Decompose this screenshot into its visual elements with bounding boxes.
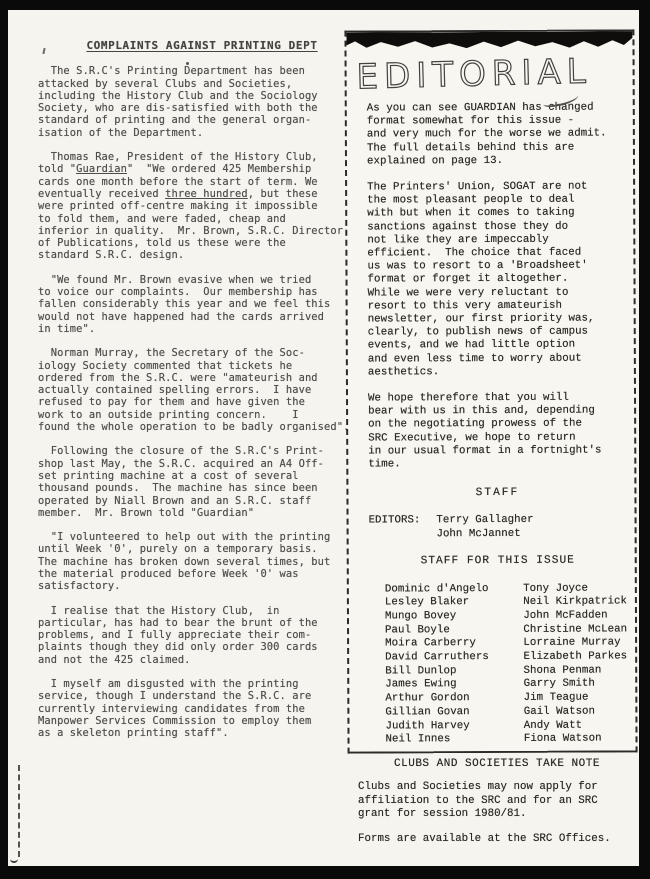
clubs-notice-heading: CLUBS AND SOCIETIES TAKE NOTE xyxy=(358,758,636,771)
staff-name: Jim Teague xyxy=(524,692,628,706)
article-paragraph-5: Following the closure of the S.R.C's Pri… xyxy=(38,445,352,519)
editor-name: John McJannet xyxy=(436,528,533,542)
staff-name: Moira Carberry xyxy=(385,637,523,651)
clubs-notice: CLUBS AND SOCIETIES TAKE NOTE Clubs and … xyxy=(358,758,636,857)
editorial-paragraph-3: We hope therefore that you will bear wit… xyxy=(368,391,626,471)
staff-name: Bill Dunlop xyxy=(385,665,523,679)
staff-name: Gail Watson xyxy=(524,705,628,719)
editorial-box: EDITORIAL As you can see GUARDIAN has ch… xyxy=(344,29,637,753)
staff-name: Dominic d'Angelo xyxy=(385,582,523,596)
editor-name: Terry Gallagher xyxy=(436,514,533,528)
editorial-paragraph-2: The Printers' Union, SOGAT are not the m… xyxy=(367,180,626,379)
staff-name: Garry Smith xyxy=(524,678,628,692)
staff-name: John McFadden xyxy=(523,609,627,623)
staff-column-right: Tony JoyceNeil KirkpatrickJohn McFaddenC… xyxy=(523,582,627,747)
staff-name: Andy Watt xyxy=(524,719,628,733)
staff-name: Neil Innes xyxy=(385,733,523,747)
scan-dashed-line-artifact xyxy=(18,765,20,857)
article-paragraph-6: "I volunteered to help out with the prin… xyxy=(38,531,352,592)
staff-heading: STAFF xyxy=(368,487,626,501)
staff-grid: Dominic d'AngeloLesley BlakerMungo Bovey… xyxy=(369,582,628,748)
underlined-guardian: Guardian xyxy=(76,163,127,175)
left-article-column: COMPLAINTS AGAINST PRINTING DEPT The S.R… xyxy=(38,40,352,752)
staff-name: James Ewing xyxy=(385,678,523,692)
scan-corner-mark xyxy=(10,855,18,863)
article-paragraph-1: The S.R.C's Printing Department has been… xyxy=(38,65,352,139)
staff-name: David Carruthers xyxy=(385,651,523,665)
staff-name: Elizabeth Parkes xyxy=(523,650,627,664)
scanned-newsletter-page: COMPLAINTS AGAINST PRINTING DEPT The S.R… xyxy=(8,10,639,866)
staff-name: Mungo Bovey xyxy=(385,610,523,624)
staff-name: Tony Joyce xyxy=(523,582,627,596)
staff-name: Paul Boyle xyxy=(385,623,523,637)
staff-column-left: Dominic d'AngeloLesley BlakerMungo Bovey… xyxy=(385,582,524,747)
staff-name: Arthur Gordon xyxy=(385,692,523,706)
article-heading: COMPLAINTS AGAINST PRINTING DEPT xyxy=(38,40,352,52)
staff-name: Lesley Blaker xyxy=(385,596,523,610)
editorial-paragraph-1: As you can see GUARDIAN has changed form… xyxy=(367,101,625,168)
staff-name: Judith Harvey xyxy=(385,719,523,733)
staff-name: Lorraine Murray xyxy=(523,637,627,651)
staff-name: Christine McLean xyxy=(523,623,627,637)
editors-row: EDITORS: Terry GallagherJohn McJannet xyxy=(369,514,627,542)
editorial-title: EDITORIAL xyxy=(356,50,633,97)
article-paragraph-4: Norman Murray, the Secretary of the Soc-… xyxy=(38,347,352,433)
editors-label: EDITORS: xyxy=(369,515,421,542)
clubs-notice-paragraph-1: Clubs and Societies may now apply for af… xyxy=(358,781,636,821)
staff-name: Neil Kirkpatrick xyxy=(523,596,627,610)
staff-for-issue-heading: STAFF FOR THIS ISSUE xyxy=(369,555,627,569)
editorial-title-text: EDITORIAL xyxy=(356,52,592,98)
staff-name: Shona Penman xyxy=(524,664,628,678)
article-paragraph-8: I myself am disgusted with the printing … xyxy=(38,678,352,739)
staff-name: Gillian Govan xyxy=(385,706,523,720)
editors-list: Terry GallagherJohn McJannet xyxy=(436,514,533,541)
editorial-body: As you can see GUARDIAN has changed form… xyxy=(347,95,636,747)
underlined-three-hundred: three hundred xyxy=(165,188,248,200)
article-paragraph-3: "We found Mr. Brown evasive when we trie… xyxy=(38,274,352,335)
clubs-notice-paragraph-2: Forms are available at the SRC Offices. xyxy=(358,833,636,846)
article-paragraph-2: Thomas Rae, President of the History Clu… xyxy=(38,151,352,262)
staff-name: Fiona Watson xyxy=(524,733,628,747)
editorial-masthead-band xyxy=(346,31,632,48)
article-paragraph-7: I realise that the History Club, in part… xyxy=(38,605,352,666)
